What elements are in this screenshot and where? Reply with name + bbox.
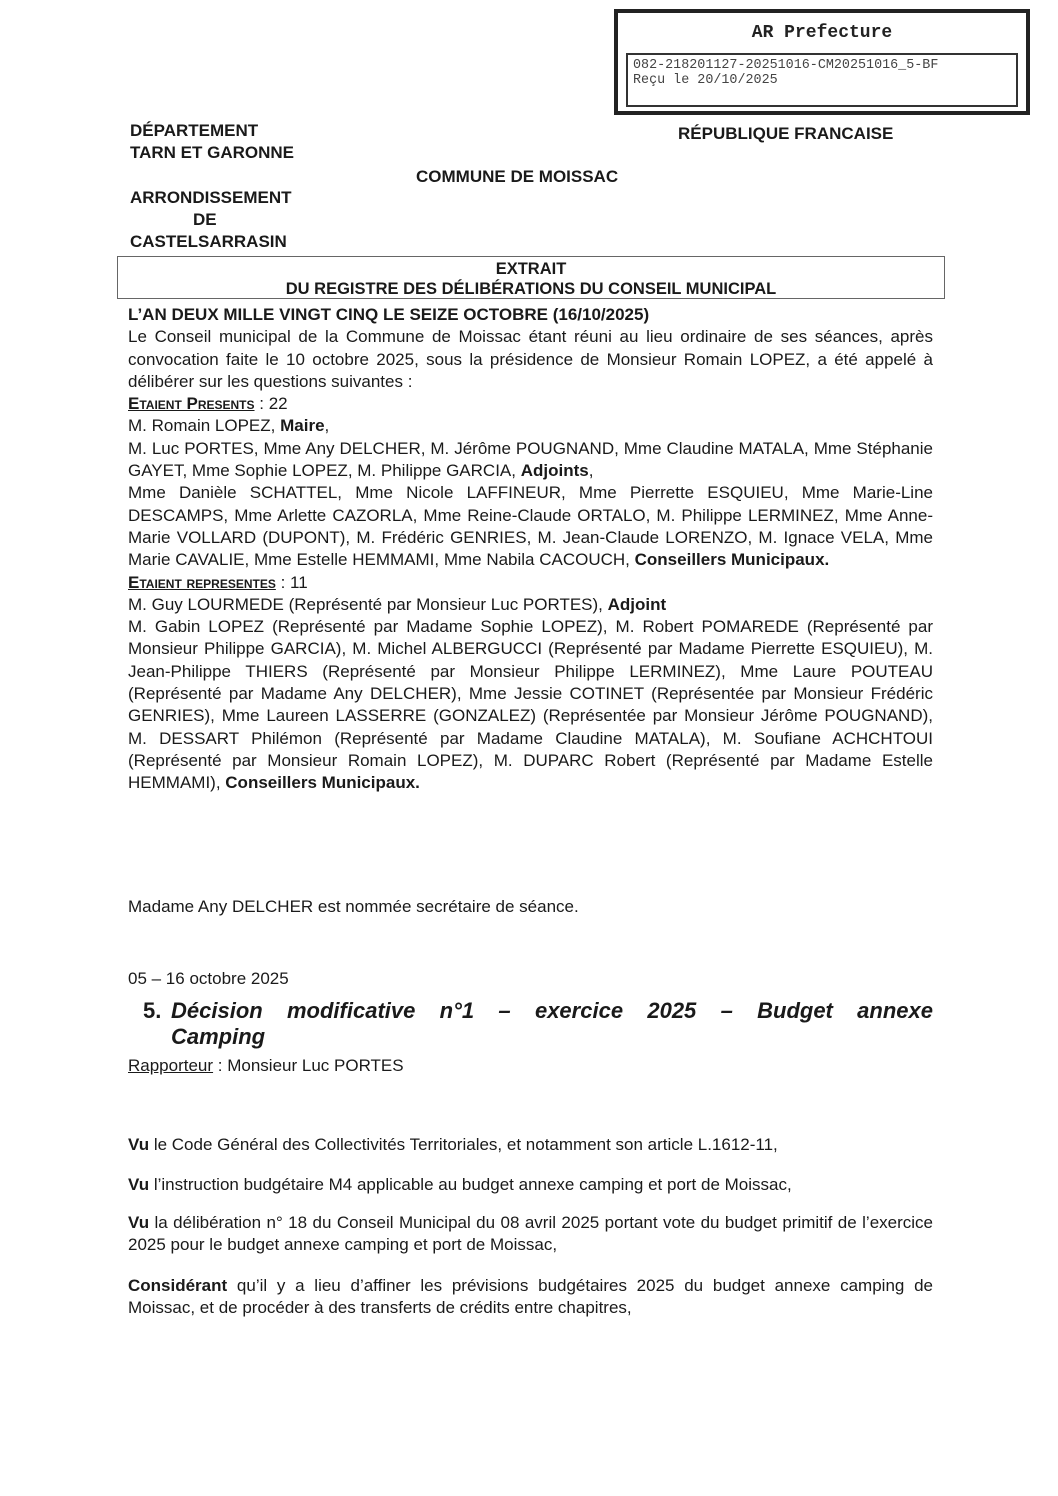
arrondissement-name: CASTELSARRASIN (130, 231, 292, 253)
extrait-line1: EXTRAIT (118, 259, 944, 279)
stamp-received-date: Reçu le 20/10/2025 (633, 73, 1011, 88)
conseillers-role: Conseillers Municipaux. (635, 550, 830, 569)
visa-text: le Code Général des Collectivités Territ… (149, 1135, 778, 1154)
rapporteur-value: : Monsieur Luc PORTES (213, 1056, 404, 1075)
arrondissement-block: ARRONDISSEMENT DE CASTELSARRASIN (130, 187, 292, 253)
visa-3: Vu la délibération n° 18 du Conseil Muni… (128, 1212, 933, 1257)
deliberation-ref-date: 05 – 16 octobre 2025 (128, 968, 933, 990)
visa-lead: Vu (128, 1135, 149, 1154)
stamp-title: AR Prefecture (618, 23, 1026, 43)
rapporteur-line: Rapporteur : Monsieur Luc PORTES (128, 1055, 933, 1077)
extrait-line2: DU REGISTRE DES DÉLIBÉRATIONS DU CONSEIL… (118, 279, 944, 299)
visa-1: Vu le Code Général des Collectivités Ter… (128, 1134, 933, 1156)
session-date-line: L’AN DEUX MILLE VINGT CINQ LE SEIZE OCTO… (128, 304, 933, 326)
departement-block: DÉPARTEMENT TARN ET GARONNE (130, 120, 294, 164)
ar-prefecture-stamp: AR Prefecture 082-218201127-20251016-CM2… (614, 9, 1030, 115)
maire-name: M. Romain LOPEZ, (128, 416, 280, 435)
visa-text: l’instruction budgétaire M4 applicable a… (149, 1175, 792, 1194)
presents-maire: M. Romain LOPEZ, Maire, (128, 415, 933, 437)
representes-count: : 11 (281, 573, 308, 592)
arrondissement-label: ARRONDISSEMENT (130, 187, 292, 209)
represente-conseillers-role: Conseillers Municipaux. (225, 773, 420, 792)
deliberation-title-line1: Décision modificative n°1 – exercice 202… (171, 998, 933, 1024)
presents-count: : 22 (259, 394, 287, 413)
stamp-details: 082-218201127-20251016-CM20251016_5-BF R… (626, 53, 1018, 107)
deliberation-title-line2: Camping (143, 1024, 933, 1050)
secretaire-seance: Madame Any DELCHER est nommée secrétaire… (128, 896, 933, 918)
represente-adjoint-names: M. Guy LOURMEDE (Représenté par Monsieur… (128, 595, 608, 614)
considerant-text: qu’il y a lieu d’affiner les prévisions … (128, 1276, 933, 1317)
presents-adjoints: M. Luc PORTES, Mme Any DELCHER, M. Jérôm… (128, 438, 933, 483)
representes-adjoint: M. Guy LOURMEDE (Représenté par Monsieur… (128, 594, 933, 616)
extrait-heading-box: EXTRAIT DU REGISTRE DES DÉLIBÉRATIONS DU… (117, 256, 945, 299)
considerant-lead: Considérant (128, 1276, 227, 1295)
presents-conseillers: Mme Danièle SCHATTEL, Mme Nicole LAFFINE… (128, 482, 933, 571)
visa-text: la délibération n° 18 du Conseil Municip… (128, 1213, 933, 1254)
representes-heading: Etaient representes : 11 (128, 572, 933, 594)
session-intro: Le Conseil municipal de la Commune de Mo… (128, 326, 933, 393)
deliberation-number: 5. (143, 998, 171, 1024)
represente-conseillers-names: M. Gabin LOPEZ (Représenté par Madame So… (128, 617, 933, 792)
departement-label: DÉPARTEMENT (130, 120, 294, 142)
represente-adjoint-role: Adjoint (608, 595, 667, 614)
representes-conseillers: M. Gabin LOPEZ (Représenté par Madame So… (128, 616, 933, 794)
arrondissement-de: DE (130, 209, 292, 231)
considerant-1: Considérant qu’il y a lieu d’affiner les… (128, 1275, 933, 1320)
maire-role: Maire (280, 416, 324, 435)
adjoints-role: Adjoints (521, 461, 589, 480)
rapporteur-label: Rapporteur (128, 1056, 213, 1075)
departement-name: TARN ET GARONNE (130, 142, 294, 164)
presents-heading: Etaient Presents : 22 (128, 393, 933, 415)
presents-label: Etaient Presents (128, 394, 255, 413)
visa-2: Vu l’instruction budgétaire M4 applicabl… (128, 1174, 933, 1196)
deliberation-title: 5.Décision modificative n°1 – exercice 2… (143, 998, 933, 1050)
visa-lead: Vu (128, 1213, 149, 1232)
republique-francaise: RÉPUBLIQUE FRANCAISE (678, 123, 893, 145)
visa-lead: Vu (128, 1175, 149, 1194)
commune-name: COMMUNE DE MOISSAC (416, 166, 618, 188)
stamp-reference: 082-218201127-20251016-CM20251016_5-BF (633, 58, 1011, 73)
session-body: L’AN DEUX MILLE VINGT CINQ LE SEIZE OCTO… (128, 304, 933, 795)
representes-label: Etaient representes (128, 573, 276, 592)
